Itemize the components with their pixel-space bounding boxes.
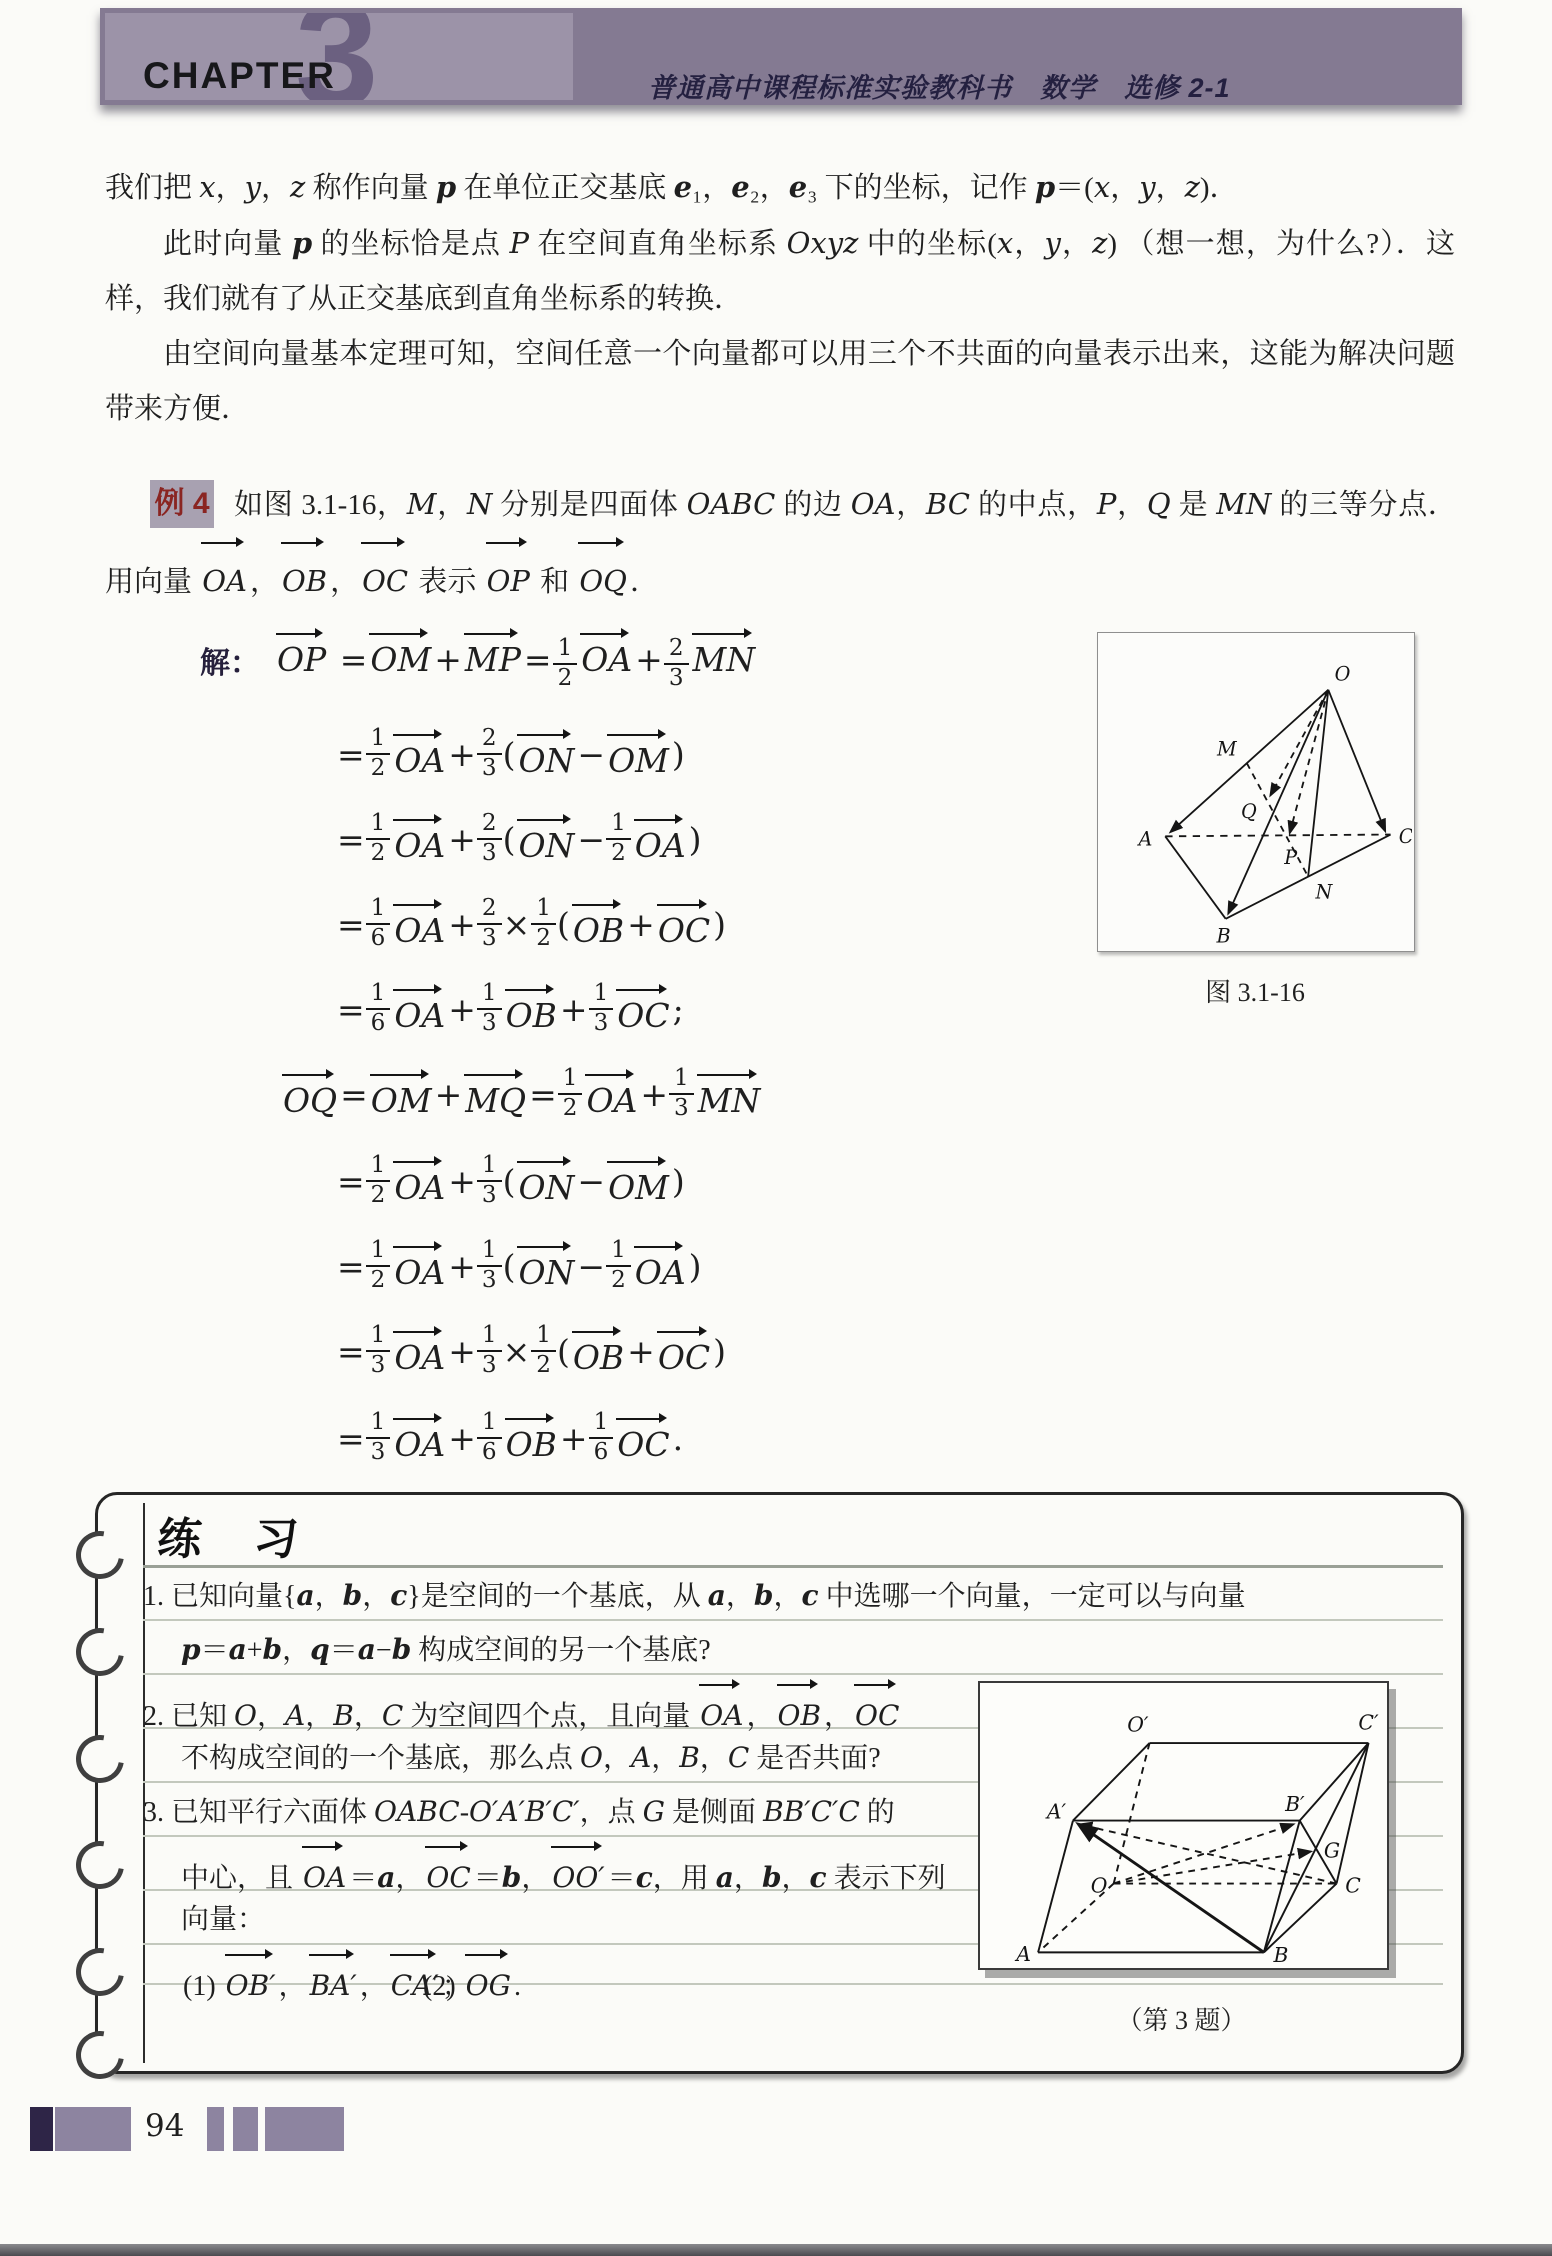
figure-caption: 图 3.1-16 [1097, 972, 1413, 1009]
page-number: 94 [145, 2108, 184, 2144]
chapter-label: CHAPTER [143, 57, 336, 94]
vertex-label-g: G [1324, 1838, 1340, 1862]
equation-op-5: =16OA+13OB+13OC; [337, 967, 684, 1051]
figure-tetrahedron: O M Q A P C N B [1097, 632, 1415, 952]
equation-op-1: 解： OP =OM+MP=12OA+23MN [200, 618, 758, 702]
footer-block [265, 2107, 344, 2151]
equation-op-3: =12OA+23(ON−12OA) [337, 797, 702, 881]
figure-3-caption: （第 3 题） [978, 2000, 1385, 2037]
vertex-label-b: B [1216, 925, 1231, 948]
equation-oq-2: =12OA+13(ON−OM) [337, 1139, 685, 1223]
binder-ring [67, 1522, 134, 1589]
vertex-label-q: Q [1241, 800, 1257, 823]
vertex-label-c: C [1399, 825, 1412, 848]
practice-title: 练 习 [155, 1503, 321, 1567]
vertex-label-o: O [1335, 663, 1351, 686]
vertex-label-a-prime: A′ [1045, 1800, 1067, 1824]
practice-box: 练 习 1. 已知向量{a，b，c}是空间的一个基底，从 a，b，c 中选哪一个… [95, 1492, 1464, 2074]
equation-op-2: =12OA+23(ON−OM) [337, 712, 685, 796]
binder-ring [67, 2022, 134, 2089]
footer-block [30, 2107, 53, 2151]
chapter-panel: 3 CHAPTER [105, 13, 573, 100]
practice-item-1-line-2: p＝a+b，q＝a−b 构成空间的另一个基底? [181, 1625, 711, 1676]
practice-item-1-line-1: 1. 已知向量{a，b，c}是空间的一个基底，从 a，b，c 中选哪一个向量，一… [143, 1571, 1246, 1622]
solve-label: 解： [200, 638, 260, 682]
vertex-label-o2: O [1091, 1873, 1108, 1897]
equation-oq-1: OQ=OM+MQ=12OA+13MN [280, 1052, 763, 1136]
vertex-label-a: A [1137, 827, 1153, 850]
equation-oq-5: =13OA+16OB+16OC. [337, 1396, 683, 1480]
page-edge-shadow [0, 2244, 1552, 2256]
parallelepiped-diagram: O′ C′ A′ B′ G O C A B [980, 1683, 1383, 1964]
practice-item-3-sub-2: (2) OG. [423, 1949, 521, 2012]
example-4: 例 4 如图 3.1-16，M，N 分别是四面体 OABC 的边 OA，BC 的… [105, 472, 1457, 614]
paragraph-coordinates: 我们把 x，y，z 称作向量 p 在单位正交基底 e₁，e₂，e₃ 下的坐标，记… [105, 160, 1455, 216]
paragraph-basis-theorem: 由空间向量基本定理可知，空间任意一个向量都可以用三个不共面的向量表示出来，这能为… [105, 327, 1455, 437]
vertex-label-b-prime: B′ [1284, 1792, 1305, 1816]
ruled-line [143, 1565, 1443, 1568]
paragraph-point-coords: 此时向量 p 的坐标恰是点 P 在空间直角坐标系 Oxyz 中的坐标(x，y，z… [105, 216, 1455, 327]
equation-oq-4: =13OA+13×12(OB+OC) [337, 1309, 726, 1393]
tetrahedron-diagram: O M Q A P C N B [1098, 633, 1412, 949]
vertex-label-o-prime: O′ [1127, 1712, 1149, 1736]
vertex-label-a2: A [1014, 1942, 1031, 1964]
chapter-banner: 3 CHAPTER 普通高中课程标准实验教科书 数学 选修 2-1 [100, 8, 1462, 105]
practice-item-3-line-2: 中心，且 OA＝a，OC＝b，OO′＝c，用 a，b，c 表示下列 [181, 1841, 946, 1904]
figure-parallelepiped: O′ C′ A′ B′ G O C A B [978, 1681, 1389, 1970]
practice-item-2-line-2: 不构成空间的一个基底，那么点 O，A，B，C 是否共面? [181, 1733, 881, 1784]
footer-block [55, 2107, 131, 2151]
binder-ring [67, 1726, 134, 1793]
textbook-page: 3 CHAPTER 普通高中课程标准实验教科书 数学 选修 2-1 我们把 x，… [0, 0, 1552, 2256]
vertex-label-c-prime: C′ [1358, 1711, 1379, 1735]
equation-op-1-body: OP =OM+MP=12OA+23MN [274, 628, 758, 692]
footer-block [207, 2107, 224, 2151]
example-statement: 如图 3.1-16，M，N 分别是四面体 OABC 的边 OA，BC 的中点，P… [105, 489, 1457, 598]
intro-text: 我们把 x，y，z 称作向量 p 在单位正交基底 e₁，e₂，e₃ 下的坐标，记… [105, 160, 1455, 437]
equation-oq-3: =12OA+13(ON−12OA) [337, 1224, 702, 1308]
footer-block [233, 2107, 258, 2151]
book-title: 普通高中课程标准实验教科书 数学 选修 2-1 [648, 66, 1428, 105]
binder-ring [67, 1619, 134, 1686]
practice-item-3-line-1: 3. 已知平行六面体 OABC-O′A′B′C′，点 G 是侧面 BB′C′C … [143, 1787, 895, 1838]
vertex-label-p: P [1283, 846, 1298, 869]
vertex-label-b2: B [1273, 1943, 1289, 1964]
binder-ring [67, 1939, 134, 2006]
vertex-label-n: N [1314, 881, 1333, 904]
vertex-label-m: M [1216, 738, 1238, 761]
practice-item-3-line-3: 向量： [181, 1895, 265, 1945]
binder-ring [67, 1832, 134, 1899]
equation-op-4: =16OA+23×12(OB+OC) [337, 882, 726, 966]
vertex-label-c2: C [1345, 1873, 1361, 1897]
example-badge: 例 4 [150, 480, 214, 528]
